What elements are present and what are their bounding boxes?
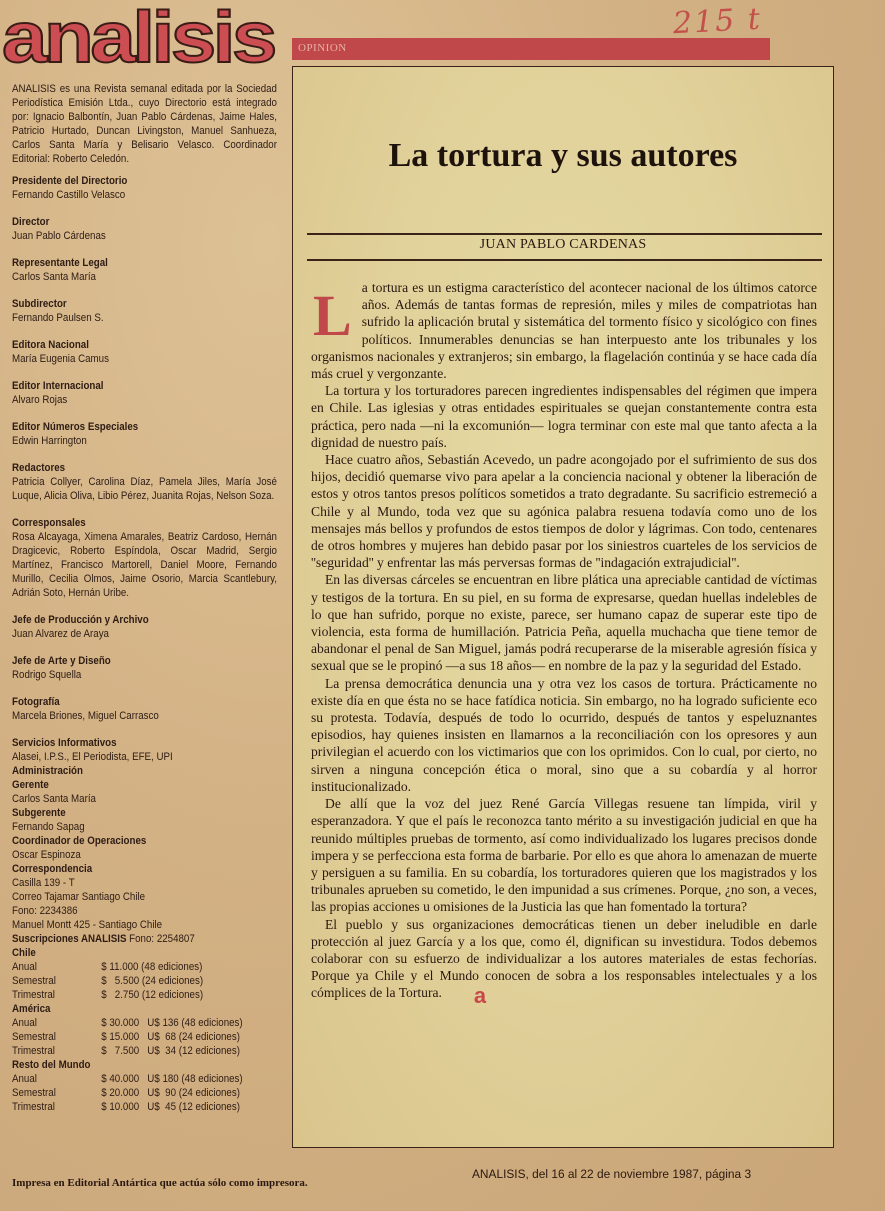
staff-role: Fotografía (12, 695, 256, 709)
article-paragraph: En las diversas cárceles se encuentran e… (311, 571, 817, 674)
staff-role: Editor Números Especiales (12, 420, 256, 434)
subscription-row: Anual$ 30.000 U$ 136 (48 ediciones) (12, 1016, 256, 1030)
staff-entry: Editora NacionalMaría Eugenia Camus (12, 338, 256, 366)
subscription-row: Trimestral$ 2.750 (12 ediciones) (12, 988, 256, 1002)
subscription-price: $ 15.000 U$ 68 (24 ediciones) (101, 1030, 240, 1044)
article-paragraph: La prensa democrática denuncia una y otr… (311, 675, 817, 795)
subscription-price: $ 40.000 U$ 180 (48 ediciones) (101, 1072, 242, 1086)
subscription-region: Chile (12, 946, 256, 960)
subscription-price: $ 2.750 (12 ediciones) (101, 988, 203, 1002)
subscriptions-header: Suscripciones ANALISIS Fono: 2254807 (12, 932, 256, 946)
address-line: Manuel Montt 425 - Santiago Chile (12, 918, 256, 932)
article-paragraph: La tortura y los torturadores parecen in… (311, 382, 817, 451)
subscription-row: Semestral$ 15.000 U$ 68 (24 ediciones) (12, 1030, 256, 1044)
article-title: La tortura y sus autores (293, 137, 833, 175)
subscription-region: América (12, 1002, 256, 1016)
staff-entry: Representante LegalCarlos Santa María (12, 256, 256, 284)
staff-role: Corresponsales (12, 516, 256, 530)
staff-role: Jefe de Producción y Archivo (12, 613, 256, 627)
article-paragraph: El pueblo y sus organizaciones democráti… (311, 916, 817, 1004)
service-names: Casilla 139 - T (12, 876, 256, 890)
staff-names: Juan Alvarez de Araya (12, 627, 277, 641)
staff-entry: DirectorJuan Pablo Cárdenas (12, 215, 256, 243)
service-names: Oscar Espinoza (12, 848, 256, 862)
subscription-row: Anual$ 40.000 U$ 180 (48 ediciones) (12, 1072, 256, 1086)
subscription-row: Trimestral$ 7.500 U$ 34 (12 ediciones) (12, 1044, 256, 1058)
service-role: Servicios Informativos (12, 736, 256, 750)
section-label: OPINION (298, 42, 347, 54)
subscription-row: Semestral$ 20.000 U$ 90 (24 ediciones) (12, 1086, 256, 1100)
subscription-row: Anual$ 11.000 (48 ediciones) (12, 960, 256, 974)
staff-entry: Jefe de Arte y DiseñoRodrigo Squella (12, 654, 256, 682)
staff-names: Rosa Alcayaga, Ximena Amarales, Beatriz … (12, 530, 277, 600)
service-names: Alasei, I.P.S., El Periodista, EFE, UPI (12, 750, 256, 764)
staff-entry: Jefe de Producción y ArchivoJuan Alvarez… (12, 613, 256, 641)
subscription-row: Semestral$ 5.500 (24 ediciones) (12, 974, 256, 988)
handwritten-page-note: 215 t (672, 2, 763, 42)
subscription-price: $ 7.500 U$ 34 (12 ediciones) (101, 1044, 240, 1058)
subscription-period: Trimestral (12, 1044, 101, 1058)
staff-role: Presidente del Directorio (12, 174, 256, 188)
subscription-period: Semestral (12, 1030, 101, 1044)
service-role: Administración (12, 764, 256, 778)
staff-names: Edwin Harrington (12, 434, 277, 448)
subscription-price: $ 11.000 (48 ediciones) (101, 960, 202, 974)
staff-names: Carlos Santa María (12, 270, 277, 284)
service-role: Correspondencia (12, 862, 256, 876)
subscription-price: $ 5.500 (24 ediciones) (101, 974, 203, 988)
subscription-period: Anual (12, 1016, 101, 1030)
analisis-logo: analisis (2, 8, 277, 68)
service-role: Gerente (12, 778, 256, 792)
staff-entry: CorresponsalesRosa Alcayaga, Ximena Amar… (12, 516, 256, 600)
subscription-price: $ 30.000 U$ 136 (48 ediciones) (101, 1016, 242, 1030)
staff-names: Alvaro Rojas (12, 393, 277, 407)
article-body: La tortura es un estigma característico … (311, 279, 817, 1003)
staff-names: Fernando Paulsen S. (12, 311, 277, 325)
service-entry: Servicios InformativosAlasei, I.P.S., El… (12, 736, 256, 764)
staff-role: Redactores (12, 461, 256, 475)
subscriptions-phone: Fono: 2254807 (129, 933, 195, 945)
staff-role: Jefe de Arte y Diseño (12, 654, 256, 668)
staff-list: Presidente del DirectorioFernando Castil… (12, 174, 256, 723)
staff-role: Director (12, 215, 256, 229)
subscription-period: Semestral (12, 1086, 101, 1100)
subscription-period: Trimestral (12, 988, 101, 1002)
staff-role: Editora Nacional (12, 338, 256, 352)
article-box: La tortura y sus autores JUAN PABLO CARD… (292, 66, 834, 1148)
staff-entry: FotografíaMarcela Briones, Miguel Carras… (12, 695, 256, 723)
subscription-period: Anual (12, 1072, 101, 1086)
staff-names: Rodrigo Squella (12, 668, 277, 682)
service-entry: SubgerenteFernando Sapag (12, 806, 256, 834)
masthead: ANALISIS es una Revista semanal editada … (12, 82, 256, 1114)
staff-names: Patricia Collyer, Carolina Díaz, Pamela … (12, 475, 277, 503)
subscription-period: Semestral (12, 974, 101, 988)
subscription-prices: ChileAnual$ 11.000 (48 ediciones)Semestr… (12, 946, 256, 1114)
service-entry: Coordinador de OperacionesOscar Espinoza (12, 834, 256, 862)
service-names: Fernando Sapag (12, 820, 256, 834)
drop-cap: L (313, 291, 352, 341)
logo-text: analisis (2, 8, 275, 68)
service-names: Carlos Santa María (12, 792, 256, 806)
service-role: Subgerente (12, 806, 256, 820)
issue-date-line: ANALISIS, del 16 al 22 de noviembre 1987… (472, 1167, 751, 1181)
section-bar: OPINION (292, 38, 770, 60)
staff-entry: Presidente del DirectorioFernando Castil… (12, 174, 256, 202)
article-paragraph: De allí que la voz del juez René García … (311, 795, 817, 915)
staff-entry: Editor InternacionalAlvaro Rojas (12, 379, 256, 407)
service-role: Coordinador de Operaciones (12, 834, 256, 848)
subscription-period: Anual (12, 960, 101, 974)
subscription-row: Trimestral$ 10.000 U$ 45 (12 ediciones) (12, 1100, 256, 1114)
subscription-price: $ 10.000 U$ 45 (12 ediciones) (101, 1100, 240, 1114)
staff-names: Juan Pablo Cárdenas (12, 229, 277, 243)
service-entry: Administración (12, 764, 256, 778)
subscription-price: $ 20.000 U$ 90 (24 ediciones) (101, 1086, 240, 1100)
subscription-period: Trimestral (12, 1100, 101, 1114)
end-mark-icon: a (460, 989, 486, 1003)
staff-names: Marcela Briones, Miguel Carrasco (12, 709, 277, 723)
staff-role: Editor Internacional (12, 379, 256, 393)
address-list: Correo Tajamar Santiago ChileFono: 22343… (12, 890, 256, 932)
service-entry: GerenteCarlos Santa María (12, 778, 256, 806)
staff-entry: Editor Números EspecialesEdwin Harringto… (12, 420, 256, 448)
staff-names: Fernando Castillo Velasco (12, 188, 277, 202)
article-paragraph: Hace cuatro años, Sebastián Acevedo, un … (311, 451, 817, 571)
subscriptions-label: Suscripciones ANALISIS (12, 933, 126, 945)
article-byline: JUAN PABLO CARDENAS (293, 237, 833, 253)
masthead-intro: ANALISIS es una Revista semanal editada … (12, 82, 277, 166)
address-line: Fono: 2234386 (12, 904, 256, 918)
subscription-region: Resto del Mundo (12, 1058, 256, 1072)
staff-names: María Eugenia Camus (12, 352, 277, 366)
services-list: Servicios InformativosAlasei, I.P.S., El… (12, 736, 256, 890)
address-line: Correo Tajamar Santiago Chile (12, 890, 256, 904)
printer-note: Impresa en Editorial Antártica que actúa… (12, 1177, 308, 1189)
staff-entry: SubdirectorFernando Paulsen S. (12, 297, 256, 325)
staff-entry: RedactoresPatricia Collyer, Carolina Día… (12, 461, 256, 503)
service-entry: CorrespondenciaCasilla 139 - T (12, 862, 256, 890)
byline-rule-bottom (307, 259, 822, 261)
staff-role: Subdirector (12, 297, 256, 311)
byline-rule-top (307, 233, 822, 235)
staff-role: Representante Legal (12, 256, 256, 270)
article-paragraph: La tortura es un estigma característico … (311, 279, 817, 382)
